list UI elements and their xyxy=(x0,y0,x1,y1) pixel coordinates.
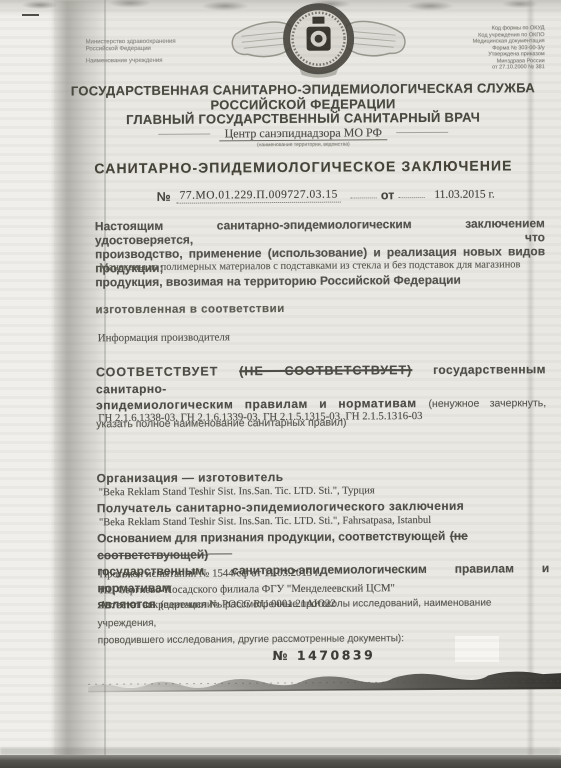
certify-line1: Настоящим санитарно-эпидемиологическим з… xyxy=(95,216,545,247)
recipient-value: "Beka Reklam Stand Teshir Sist. Ins.San.… xyxy=(99,515,431,528)
wave-band-graphic xyxy=(88,663,561,700)
number-label: № xyxy=(157,190,171,204)
sanitary-standards-list: ГН 2.1.6.1338-03, ГН 2.1.6.1339-03, ГН 2… xyxy=(98,410,422,424)
institution-name-line: Наименование учреждения xyxy=(86,58,176,66)
document-title: САНИТАРНО-ЭПИДЕМИОЛОГИЧЕСКОЕ ЗАКЛЮЧЕНИЕ xyxy=(68,157,538,176)
certificate-date: 11.03.2015 г. xyxy=(434,188,495,201)
emblem-graphic xyxy=(227,1,410,80)
seal-crest-top xyxy=(312,17,324,24)
basis-line1: Основанием для признания продукции, соот… xyxy=(97,527,549,563)
strike-extension xyxy=(208,546,232,561)
manufacturer-value: "Beka Reklam Stand Teshir Sist. Ins.San.… xyxy=(99,485,375,498)
ministry-block: Министерство здравоохранения Российской … xyxy=(86,39,176,66)
scan-bottom-shade xyxy=(0,748,561,755)
from-label: от xyxy=(381,188,395,202)
seal-crest-core xyxy=(315,35,323,43)
fill-dash-right xyxy=(396,131,448,133)
basis-line4-note: проводившего исследования, другие рассмо… xyxy=(98,633,404,646)
evidence-block: Протокол испытаний № 1544/сф от 11.03.20… xyxy=(99,565,395,614)
certification-paragraph: Настоящим санитарно-эпидемиологическим з… xyxy=(95,216,545,289)
state-emblem-seal xyxy=(227,1,410,80)
made-in-accordance-label: изготовленная в соответствии xyxy=(95,303,284,316)
document-content: Министерство здравоохранения Российской … xyxy=(0,0,561,768)
recipient-label: Получатель санитарно-эпидемиологического… xyxy=(97,499,464,516)
service-header: ГОСУДАРСТВЕННАЯ САНИТАРНО-ЭПИДЕМИОЛОГИЧЕ… xyxy=(68,81,538,128)
compliance-note1: (ненужное зачеркнуть, xyxy=(428,397,546,410)
complies-label: СООТВЕТСТВУЕТ xyxy=(96,364,219,379)
test-center: ИЦ Сергиево-Посадского филиала ФГУ "Менд… xyxy=(99,581,395,599)
fill-underline xyxy=(398,196,424,198)
compliance-line1: СООТВЕТСТВУЕТ (НЕ СООТВЕТСТВУЕТ) государ… xyxy=(96,361,546,397)
basis-line1-text: Основанием для признания продукции, соот… xyxy=(97,529,445,545)
blank-serial-number: № 1470839 xyxy=(98,646,550,664)
guilloche-wave-band xyxy=(88,663,561,700)
scanned-certificate-page: Министерство здравоохранения Российской … xyxy=(0,0,561,768)
certificate-number: 77.МО.01.229.П.009727.03.15 xyxy=(177,189,341,204)
manufacturer-label: Организация — изготовитель xyxy=(97,470,284,485)
form-codes-block: Код формы по ОКУД Код учреждения по ОКПО… xyxy=(415,25,545,71)
ministry-line: Российской Федерации xyxy=(86,46,176,54)
accreditation-certificate: Аттестат аккредитации № РОСС RU 0001.21А… xyxy=(99,596,395,614)
form-code-line: от 27.10.2000 № 381 xyxy=(415,64,545,71)
emblem-ribbon-right xyxy=(346,21,405,56)
issuing-authority: Центр санэпиднадзора МО РФ xyxy=(219,125,387,141)
certify-line3: продукция, ввозимая на территорию Россий… xyxy=(95,272,545,289)
fill-dash-left xyxy=(159,132,211,134)
fill-underline xyxy=(351,196,377,198)
manufacturer-info-value: Информация производителя xyxy=(98,331,230,344)
scan-bottom-edge xyxy=(0,755,561,768)
certificate-number-row: № 77.МО.01.229.П.009727.03.15 от 11.03.2… xyxy=(157,187,495,203)
emblem-ribbon-left xyxy=(232,22,291,57)
not-complies-struck: (НЕ СООТВЕТСТВУЕТ) xyxy=(239,363,412,378)
